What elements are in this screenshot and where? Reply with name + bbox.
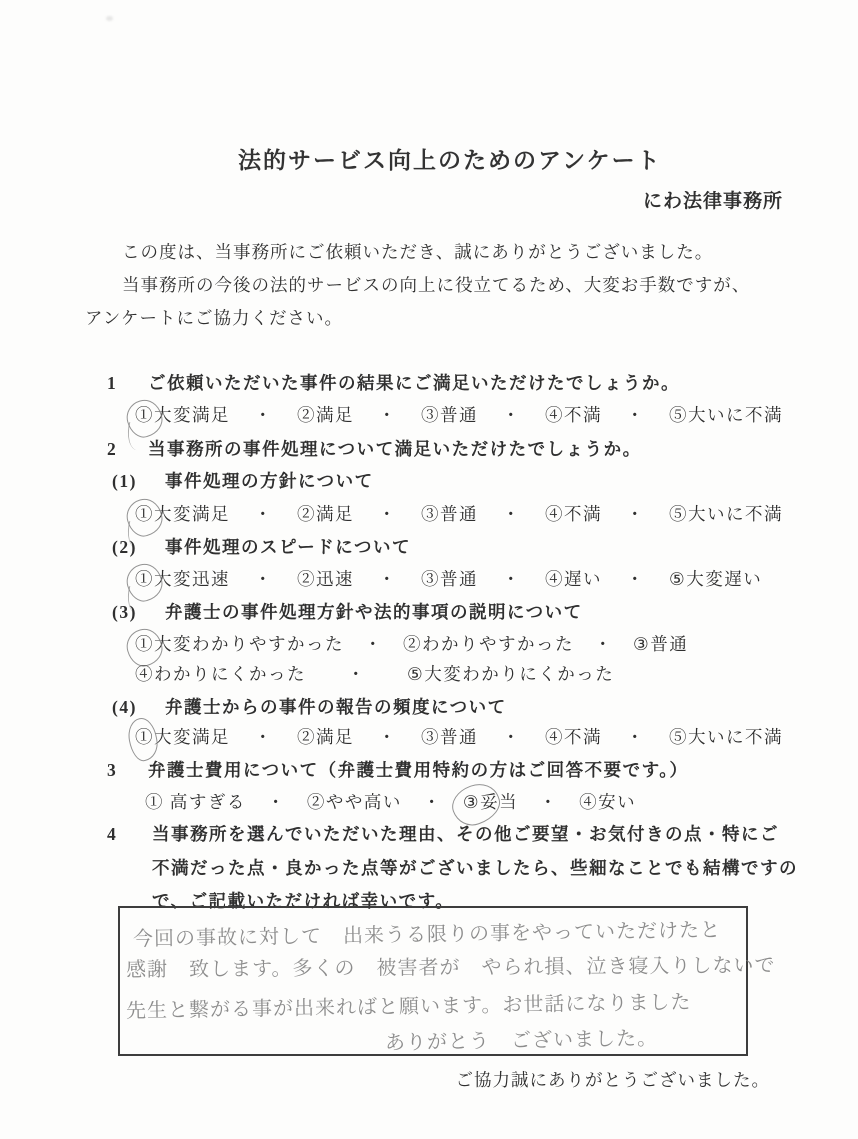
option-separator: ・: [626, 727, 645, 747]
option-separator: ・: [378, 405, 397, 425]
option: ②迅速: [297, 569, 354, 589]
question-2-3-header: (3)弁護士の事件処理方針や法的事項の説明について: [112, 599, 583, 624]
option-circled: ①大変満足: [135, 405, 230, 425]
question-2-header: 2当事務所の事件処理について満足いただけたでしょうか。: [107, 436, 642, 461]
option: ① 高すぎる: [145, 792, 246, 812]
question-2-2-header: (2)事件処理のスピードについて: [112, 534, 411, 559]
option-circled: ③妥当: [463, 792, 518, 812]
option-separator: ・: [347, 664, 366, 684]
option-separator: ・: [254, 727, 273, 747]
question-2-2-text: 事件処理のスピードについて: [165, 537, 411, 557]
question-4-header-line-1: 4当事務所を選んでいただいた理由、その他ご要望・お気付きの点・特にご: [107, 821, 779, 846]
option-separator: ・: [626, 405, 645, 425]
option-separator: ・: [502, 504, 521, 524]
handwritten-line-2: 感謝 致します。多くの 被害者が やられ損、泣き寝入りしないで: [126, 949, 776, 983]
option-separator: ・: [502, 569, 521, 589]
intro-line-2: 当事務所の今後の法的サービスの向上に役立てるため、大変お手数ですが、: [85, 277, 750, 295]
option-circled: ①大変わかりやすかった: [135, 634, 344, 654]
option: ②わかりやすかった: [403, 634, 574, 654]
option: ④不満: [545, 727, 602, 747]
option: ⑤大いに不満: [669, 727, 783, 747]
question-4-text-line-2: 不満だった点・良かった点等がございましたら、些細なことでも結構ですの: [152, 855, 798, 880]
option: ④わかりにくかった: [135, 664, 306, 684]
option: ③普通: [421, 405, 478, 425]
option: ③普通: [633, 634, 688, 654]
question-3-header: 3弁護士費用について（弁護士費用特約の方はご回答不要です。）: [107, 757, 689, 782]
option: ③普通: [421, 727, 478, 747]
question-2-4-options: ①大変満足・②満足・③普通・④不満・⑤大いに不満: [135, 724, 783, 749]
option: ⑤大変遅い: [669, 569, 762, 589]
option: ⑤大いに不満: [669, 504, 783, 524]
question-2-4-text: 弁護士からの事件の報告の頻度について: [165, 697, 507, 717]
option-circled: ①大変満足: [135, 727, 230, 747]
question-1-text: ご依頼いただいた事件の結果にご満足いただけたでしょうか。: [148, 373, 680, 393]
option: ③普通: [421, 504, 478, 524]
question-2-number: 2: [107, 439, 148, 460]
question-2-4-header: (4)弁護士からの事件の報告の頻度について: [112, 694, 507, 719]
question-2-1-text: 事件処理の方針について: [165, 471, 374, 491]
question-3-options: ① 高すぎる・②やや高い・③妥当・④安い: [145, 789, 636, 814]
question-2-3-options-line-2: ④わかりにくかった・⑤大変わかりにくかった: [135, 661, 614, 686]
question-2-3-text: 弁護士の事件処理方針や法的事項の説明について: [165, 602, 583, 622]
option-separator: ・: [539, 792, 558, 812]
option: ②満足: [297, 727, 354, 747]
option: ④不満: [545, 405, 602, 425]
handwritten-line-4: ありがとう ございました。: [385, 1022, 658, 1056]
option: ②やや高い: [307, 792, 402, 812]
intro-line-3: アンケートにご協力ください。: [85, 310, 343, 328]
question-1-number: 1: [107, 373, 148, 394]
option-separator: ・: [626, 504, 645, 524]
intro-line-1: この度は、当事務所にご依頼いただき、誠にありがとうございました。: [85, 244, 713, 262]
question-2-1-header: (1)事件処理の方針について: [112, 468, 374, 493]
option-circled: ①大変迅速: [135, 569, 230, 589]
option: ⑤大変わかりにくかった: [407, 664, 614, 684]
option-separator: ・: [364, 634, 383, 654]
option-separator: ・: [267, 792, 286, 812]
option: ②満足: [297, 504, 354, 524]
option-separator: ・: [594, 634, 613, 654]
closing-text: ご協力誠にありがとうございました。: [456, 1072, 771, 1090]
question-4-text-line-1: 当事務所を選んでいただいた理由、その他ご要望・お気付きの点・特にご: [152, 824, 779, 844]
question-2-1-options: ①大変満足・②満足・③普通・④不満・⑤大いに不満: [135, 501, 783, 526]
question-2-2-options: ①大変迅速・②迅速・③普通・④遅い・⑤大変遅い: [135, 566, 762, 591]
question-2-1-label: (1): [112, 471, 165, 492]
question-2-3-label: (3): [112, 602, 165, 623]
option-separator: ・: [423, 792, 442, 812]
question-2-2-label: (2): [112, 537, 165, 558]
question-2-text: 当事務所の事件処理について満足いただけたでしょうか。: [148, 439, 642, 459]
option: ④遅い: [545, 569, 602, 589]
option-separator: ・: [502, 405, 521, 425]
question-4-number: 4: [107, 824, 152, 845]
option-separator: ・: [254, 504, 273, 524]
question-2-3-options-line-1: ①大変わかりやすかった・②わかりやすかった・③普通: [135, 631, 688, 656]
option-separator: ・: [502, 727, 521, 747]
option: ②満足: [297, 405, 354, 425]
question-1-options: ①大変満足・②満足・③普通・④不満・⑤大いに不満: [135, 402, 783, 427]
firm-name: にわ法律事務所: [643, 186, 783, 213]
option-separator: ・: [254, 569, 273, 589]
option: ④安い: [579, 792, 636, 812]
question-1-header: 1ご依頼いただいた事件の結果にご満足いただけたでしょうか。: [107, 370, 680, 395]
option-separator: ・: [626, 569, 645, 589]
option: ③普通: [421, 569, 478, 589]
option-separator: ・: [378, 727, 397, 747]
survey-document-page: 法的サービス向上のためのアンケート にわ法律事務所 この度は、当事務所にご依頼い…: [0, 0, 858, 1139]
option-separator: ・: [378, 569, 397, 589]
question-3-number: 3: [107, 760, 148, 781]
option: ④不満: [545, 504, 602, 524]
scan-smudge: [106, 16, 113, 21]
question-2-4-label: (4): [112, 697, 165, 718]
page-title: 法的サービス向上のためのアンケート: [238, 142, 662, 175]
option-circled: ①大変満足: [135, 504, 230, 524]
option-separator: ・: [254, 405, 273, 425]
question-3-text: 弁護士費用について（弁護士費用特約の方はご回答不要です。）: [148, 760, 689, 780]
option: ⑤大いに不満: [669, 405, 783, 425]
option-separator: ・: [378, 504, 397, 524]
